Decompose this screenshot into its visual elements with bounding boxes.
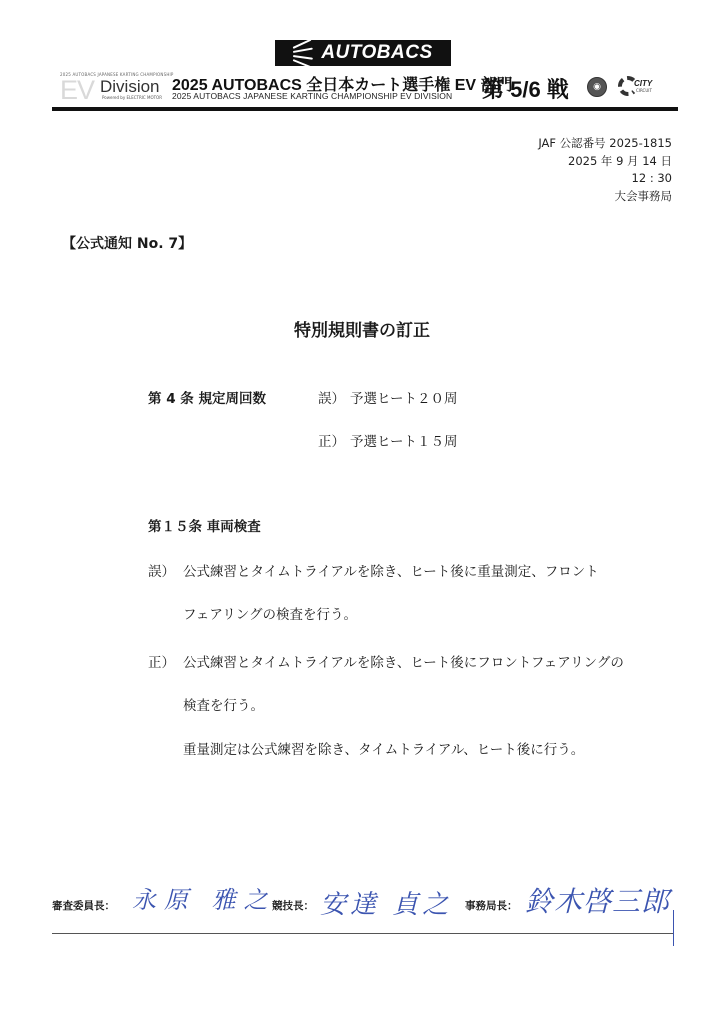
chief-steward-label: 審査委員長： — [52, 898, 115, 913]
autobacs-wing-icon — [293, 45, 315, 61]
brand-name: AUTOBACS — [321, 42, 432, 64]
article-4-wrong-label: 誤） — [318, 387, 345, 407]
autobacs-logo: AUTOBACS — [275, 40, 451, 66]
powered-by: Powered by ELECTRIC MOTOR — [102, 95, 162, 100]
clerk-of-course-signature: 安達 貞之 — [320, 884, 452, 921]
circuit-sub: CIRCUIT — [636, 88, 652, 93]
article-15-heading: 第１５条 車両検査 — [148, 515, 261, 535]
article-15-correct-line-1: 公式練習とタイムトライアルを除き、ヒート後にフロントフェアリングの — [183, 651, 624, 671]
article-15-correct-label: 正） — [148, 651, 175, 671]
ev-mark: EV — [60, 75, 94, 106]
issue-date: 2025 年 9 月 14 日 — [538, 153, 672, 171]
jaf-seal-icon: ◉ — [587, 77, 607, 97]
signature-stroke — [673, 910, 674, 946]
article-15-wrong-line-2: フェアリングの検査を行う。 — [183, 603, 357, 623]
issue-time: 12 : 30 — [538, 170, 672, 188]
secretary-general-label: 事務局長： — [465, 898, 518, 913]
secretary-general-signature: 鈴木啓三郎 — [525, 880, 670, 920]
document-title: 特別規則書の訂正 — [0, 316, 724, 341]
article-15-wrong-label: 誤） — [148, 560, 175, 580]
notice-number: 【公式通知 No. 7】 — [62, 233, 192, 253]
article-15-wrong-line-1: 公式練習とタイムトライアルを除き、ヒート後に重量測定、フロント — [183, 560, 599, 580]
header-divider — [52, 107, 678, 111]
chief-steward-signature: 永原 雅之 — [132, 880, 276, 915]
championship-title-en: 2025 AUTOBACS JAPANESE KARTING CHAMPIONS… — [172, 91, 452, 101]
article-4-wrong-text: 予選ヒート２０周 — [350, 387, 457, 407]
article-15-correct-line-2: 検査を行う。 — [183, 694, 264, 714]
city-circuit-logo: CITY CIRCUIT — [618, 76, 668, 98]
article-4-correct-label: 正） — [318, 430, 345, 450]
article-4-correct-text: 予選ヒート１５周 — [350, 430, 457, 450]
round-label: 第 5/6 戦 — [482, 73, 569, 104]
issuer: 大会事務局 — [538, 188, 672, 206]
jaf-approval-number: JAF 公認番号 2025-1815 — [538, 135, 672, 153]
ev-division-logo: 2025 AUTOBACS JAPANESE KARTING CHAMPIONS… — [58, 70, 166, 102]
division-word: Division — [100, 77, 160, 97]
signature-line — [52, 933, 674, 934]
circuit-name: CITY — [634, 79, 652, 88]
article-15-correct-line-3: 重量測定は公式練習を除き、タイムトライアル、ヒート後に行う。 — [183, 738, 584, 758]
document-meta: JAF 公認番号 2025-1815 2025 年 9 月 14 日 12 : … — [538, 135, 672, 205]
clerk-of-course-label: 競技長： — [272, 898, 314, 913]
article-4-heading: 第 4 条 規定周回数 — [148, 387, 266, 407]
